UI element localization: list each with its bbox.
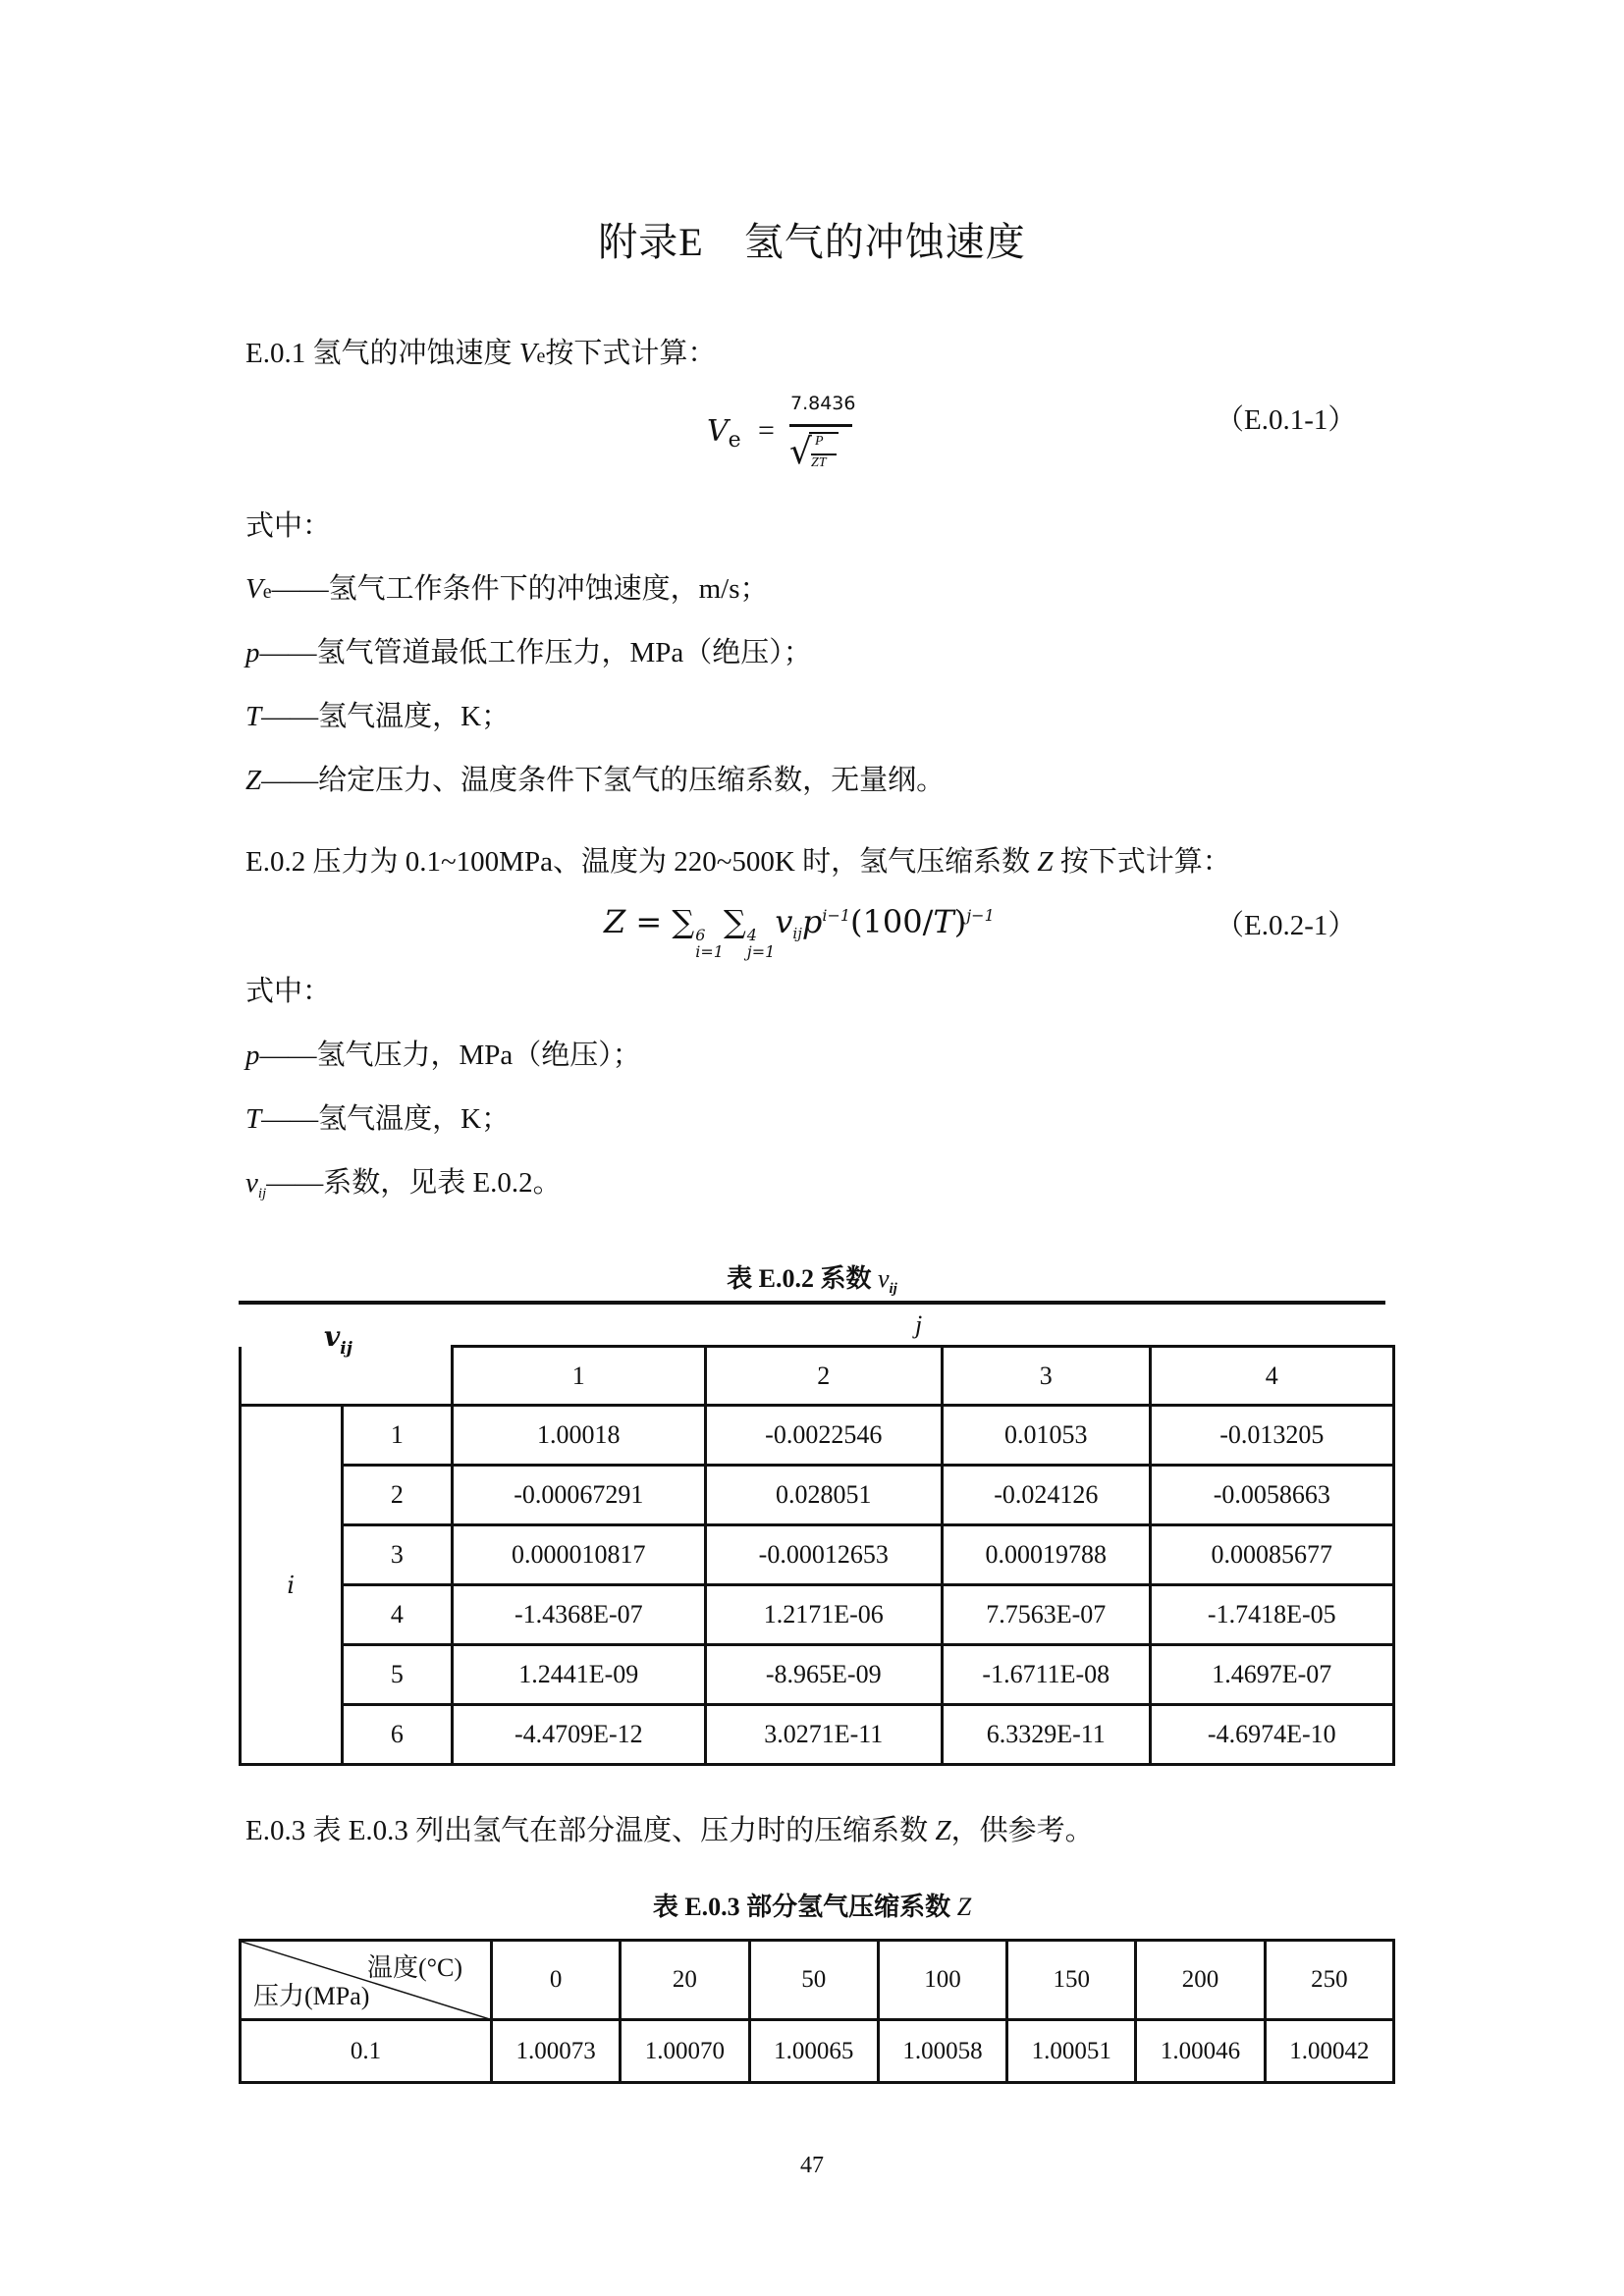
definition-t: T——氢气温度，K； bbox=[245, 1101, 510, 1137]
column-header: 20 bbox=[621, 1941, 749, 2020]
table-e02-caption: 表 E.0.2 系数 vij bbox=[0, 1258, 1624, 1298]
table-header-row: 1 2 3 4 bbox=[241, 1347, 1394, 1406]
row-index: 4 bbox=[342, 1585, 453, 1645]
dash: —— bbox=[261, 1103, 318, 1135]
sum-lower: j=1 bbox=[747, 943, 776, 960]
table-cell: 1.00046 bbox=[1136, 2020, 1265, 2083]
page-number: 47 bbox=[0, 2153, 1624, 2179]
table-cell: -0.0058663 bbox=[1150, 1466, 1393, 1525]
sigma-icon: ∑ bbox=[724, 903, 746, 940]
table-cell: 1.00073 bbox=[492, 2020, 621, 2083]
dash: —— bbox=[260, 1040, 317, 1071]
table-e03: 温度(°C) 压力(MPa) 0 20 50 100 150 200 250 0… bbox=[239, 1939, 1395, 2084]
table-e03-caption: 表 E.0.3 部分氢气压缩系数 Z bbox=[0, 1887, 1624, 1923]
sqrt-overline bbox=[809, 432, 839, 434]
formula-exp: i−1 bbox=[822, 906, 850, 925]
table-cell: 1.00018 bbox=[453, 1406, 705, 1466]
page-title: 附录E 氢气的冲蚀速度 bbox=[0, 211, 1624, 267]
table-row: 3 0.000010817 -0.00012653 0.00019788 0.0… bbox=[241, 1525, 1394, 1585]
column-header: 4 bbox=[1150, 1347, 1393, 1406]
section-e01-heading: E.0.1 氢气的冲蚀速度 Ve按下式计算： bbox=[245, 336, 716, 374]
formula-denominator: √ P ZT bbox=[797, 428, 844, 477]
symbol-subscript: e bbox=[263, 581, 272, 603]
table-cell: -4.4709E-12 bbox=[453, 1705, 705, 1765]
table-cell: 1.00042 bbox=[1265, 2020, 1393, 2083]
variable: V bbox=[519, 338, 537, 369]
table-cell: -1.7418E-05 bbox=[1150, 1585, 1393, 1645]
column-header: 2 bbox=[705, 1347, 942, 1406]
symbol: T bbox=[245, 701, 261, 732]
corner-cell bbox=[241, 1347, 453, 1406]
caption-text: 表 E.0.2 系数 bbox=[727, 1264, 871, 1293]
formula-equals: = bbox=[635, 903, 662, 940]
column-header: 250 bbox=[1265, 1941, 1393, 2020]
sqrt-numerator: P bbox=[815, 434, 824, 450]
column-header: 150 bbox=[1007, 1941, 1136, 2020]
table-row: 6 -4.4709E-12 3.0271E-11 6.3329E-11 -4.6… bbox=[241, 1705, 1394, 1765]
sigma-icon: ∑ bbox=[672, 903, 694, 940]
definition-vij: vij——系数，见表 E.0.2。 bbox=[245, 1165, 562, 1211]
section-text: 按下式计算： bbox=[1060, 846, 1231, 878]
table-cell: -0.024126 bbox=[942, 1466, 1150, 1525]
formula-e01: Ve = 7.8436 √ P ZT bbox=[707, 391, 864, 484]
table-cell: 1.00058 bbox=[878, 2020, 1006, 2083]
table-top-rule bbox=[239, 1301, 1385, 1305]
table-row: 4 -1.4368E-07 1.2171E-06 7.7563E-07 -1.7… bbox=[241, 1585, 1394, 1645]
table-cell: 0.028051 bbox=[705, 1466, 942, 1525]
formula-numerator: 7.8436 bbox=[790, 393, 851, 414]
section-text: 按下式计算： bbox=[545, 338, 716, 369]
symbol: v bbox=[245, 1167, 258, 1199]
caption-var: v bbox=[878, 1264, 890, 1293]
section-text: 氢气的冲蚀速度 bbox=[312, 338, 512, 369]
definition-text: 氢气温度，K； bbox=[318, 701, 510, 732]
row-header: 0.1 bbox=[241, 2020, 492, 2083]
symbol: V bbox=[245, 573, 263, 605]
fraction-bar bbox=[789, 424, 852, 427]
column-header: 1 bbox=[453, 1347, 705, 1406]
table-cell: 1.00051 bbox=[1007, 2020, 1136, 2083]
dash: —— bbox=[266, 1167, 323, 1199]
definition-text: 给定压力、温度条件下氢气的压缩系数，无量纲。 bbox=[318, 765, 945, 796]
table-cell: -4.6974E-10 bbox=[1150, 1705, 1393, 1765]
row-group-label: i bbox=[241, 1406, 343, 1765]
section-label: E.0.2 bbox=[245, 846, 305, 878]
table-cell: -8.965E-09 bbox=[705, 1645, 942, 1705]
sum-lower: i=1 bbox=[695, 943, 724, 960]
table-row: 5 1.2441E-09 -8.965E-09 -1.6711E-08 1.46… bbox=[241, 1645, 1394, 1705]
row-index: 5 bbox=[342, 1645, 453, 1705]
variable-subscript: e bbox=[536, 346, 545, 367]
section-e03-heading: E.0.3 表 E.0.3 列出氢气在部分温度、压力时的压缩系数 Z，供参考。 bbox=[245, 1813, 1094, 1848]
column-header: 3 bbox=[942, 1347, 1150, 1406]
table-cell: 6.3329E-11 bbox=[942, 1705, 1150, 1765]
table-cell: 0.00019788 bbox=[942, 1525, 1150, 1585]
formula-lhs: Z bbox=[604, 903, 625, 940]
symbol: p bbox=[245, 637, 260, 668]
column-group-label: j bbox=[915, 1310, 922, 1340]
dash: —— bbox=[260, 637, 317, 668]
section-text: 压力为 0.1~100MPa、温度为 220~500K 时，氢气压缩系数 bbox=[312, 846, 1030, 878]
table-cell: 3.0271E-11 bbox=[705, 1705, 942, 1765]
sqrt-icon: √ bbox=[789, 432, 812, 472]
dash: —— bbox=[261, 765, 318, 796]
table-row: i 1 1.00018 -0.0022546 0.01053 -0.013205 bbox=[241, 1406, 1394, 1466]
equation-number: （E.0.2-1） bbox=[1216, 908, 1356, 943]
table-row: 2 -0.00067291 0.028051 -0.024126 -0.0058… bbox=[241, 1466, 1394, 1525]
section-text: ，供参考。 bbox=[951, 1815, 1094, 1846]
formula-var: p bbox=[802, 903, 822, 940]
formula-exp: j−1 bbox=[966, 906, 995, 925]
equation-number: （E.0.1-1） bbox=[1216, 402, 1356, 438]
section-text: 表 E.0.3 列出氢气在部分温度、压力时的压缩系数 bbox=[312, 1815, 928, 1846]
table-cell: -1.6711E-08 bbox=[942, 1645, 1150, 1705]
dash: —— bbox=[261, 701, 318, 732]
formula-var: V bbox=[707, 414, 729, 449]
definition-text: 氢气管道最低工作压力，MPa（绝压）； bbox=[317, 637, 812, 668]
table-cell: 0.01053 bbox=[942, 1406, 1150, 1466]
symbol: T bbox=[245, 1103, 261, 1135]
table-cell: -0.00012653 bbox=[705, 1525, 942, 1585]
definition-p: p——氢气压力，MPa（绝压）； bbox=[245, 1038, 641, 1073]
table-cell: 7.7563E-07 bbox=[942, 1585, 1150, 1645]
caption-sub: ij bbox=[890, 1281, 897, 1297]
table-header-row: 温度(°C) 压力(MPa) 0 20 50 100 150 200 250 bbox=[241, 1941, 1394, 2020]
formula-term: ) bbox=[954, 903, 966, 940]
column-header: 200 bbox=[1136, 1941, 1265, 2020]
definition-text: 氢气压力，MPa（绝压）； bbox=[317, 1040, 641, 1071]
formula-sub: ij bbox=[792, 925, 801, 942]
row-index: 2 bbox=[342, 1466, 453, 1525]
formula-term: (100/ bbox=[850, 903, 933, 940]
table-cell: -1.4368E-07 bbox=[453, 1585, 705, 1645]
definition-ve: Ve——氢气工作条件下的冲蚀速度，m/s； bbox=[245, 571, 769, 610]
section-label: E.0.1 bbox=[245, 338, 305, 369]
column-header: 50 bbox=[749, 1941, 878, 2020]
formula-equals: = bbox=[758, 414, 775, 448]
sum-upper: 6 bbox=[695, 927, 724, 943]
temperature-axis-label: 温度(°C) bbox=[367, 1948, 462, 1984]
symbol-subscript: ij bbox=[258, 1186, 266, 1201]
caption-var: Z bbox=[957, 1893, 971, 1921]
formula-var: v bbox=[775, 903, 792, 940]
table-row: 0.1 1.00073 1.00070 1.00065 1.00058 1.00… bbox=[241, 2020, 1394, 2083]
definition-text: 系数，见表 E.0.2。 bbox=[323, 1167, 561, 1199]
definition-z: Z——给定压力、温度条件下氢气的压缩系数，无量纲。 bbox=[245, 763, 945, 798]
dash: —— bbox=[272, 573, 329, 605]
table-cell: 1.2441E-09 bbox=[453, 1645, 705, 1705]
definition-t: T——氢气温度，K； bbox=[245, 699, 510, 734]
pressure-axis-label: 压力(MPa) bbox=[253, 1976, 369, 2012]
table-cell: 0.000010817 bbox=[453, 1525, 705, 1585]
row-index: 1 bbox=[342, 1406, 453, 1466]
formula-var: T bbox=[933, 903, 953, 940]
symbol: Z bbox=[245, 765, 261, 796]
definition-p: p——氢气管道最低工作压力，MPa（绝压）； bbox=[245, 635, 812, 670]
column-header: 0 bbox=[492, 1941, 621, 2020]
symbol: p bbox=[245, 1040, 260, 1071]
section-label: E.0.3 bbox=[245, 1815, 305, 1846]
where-label: 式中： bbox=[245, 974, 331, 1009]
table-cell: 1.00070 bbox=[621, 2020, 749, 2083]
formula-e02: Z = ∑6i=1∑4j=1vijpi−1(100/T)j−1 bbox=[604, 903, 995, 960]
table-cell: 1.00065 bbox=[749, 2020, 878, 2083]
definition-text: 氢气温度，K； bbox=[318, 1103, 510, 1135]
table-cell: -0.00067291 bbox=[453, 1466, 705, 1525]
table-e02: 1 2 3 4 i 1 1.00018 -0.0022546 0.01053 -… bbox=[239, 1345, 1395, 1766]
table-cell: -0.013205 bbox=[1150, 1406, 1393, 1466]
sum-limits: 6i=1 bbox=[695, 927, 724, 960]
caption-text: 表 E.0.3 部分氢气压缩系数 bbox=[653, 1893, 950, 1921]
diagonal-corner-cell: 温度(°C) 压力(MPa) bbox=[241, 1941, 492, 2020]
sqrt-denominator: ZT bbox=[811, 455, 827, 471]
row-index: 6 bbox=[342, 1705, 453, 1765]
table-cell: 0.00085677 bbox=[1150, 1525, 1393, 1585]
table-cell: -0.0022546 bbox=[705, 1406, 942, 1466]
table-cell: 1.2171E-06 bbox=[705, 1585, 942, 1645]
formula-lhs: Ve bbox=[707, 414, 741, 453]
variable: Z bbox=[935, 1815, 950, 1846]
table-cell: 1.4697E-07 bbox=[1150, 1645, 1393, 1705]
section-e02-heading: E.0.2 压力为 0.1~100MPa、温度为 220~500K 时，氢气压缩… bbox=[245, 844, 1231, 880]
variable: Z bbox=[1037, 846, 1053, 878]
where-label: 式中： bbox=[245, 508, 331, 544]
row-index: 3 bbox=[342, 1525, 453, 1585]
column-header: 100 bbox=[878, 1941, 1006, 2020]
sum-upper: 4 bbox=[747, 927, 776, 943]
formula-sub: e bbox=[729, 428, 741, 453]
definition-text: 氢气工作条件下的冲蚀速度，m/s； bbox=[329, 573, 769, 605]
sum-limits: 4j=1 bbox=[747, 927, 776, 960]
